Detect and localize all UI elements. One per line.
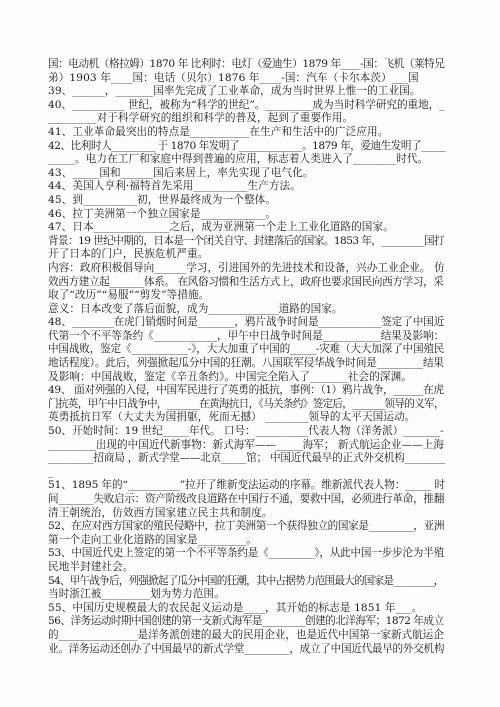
text-line: 及影响：中国战败，鉴定《辛丑条约》。中国完全陷入了_______社会的深渊。 bbox=[48, 371, 442, 385]
document-body: 国：电动机（格拉姆）1870 年 比利时：电灯（爱迪生）1879 年____-国… bbox=[48, 58, 442, 656]
text-line: 取了“改历”“易服”“剪发”等措施。 bbox=[48, 289, 442, 303]
text-line: 54、甲午战争后，列强掀起了瓜分中国的狂潮，其中占据势力范围最大的国家是____… bbox=[48, 575, 442, 589]
text-line: 业。洋务运动还创办了中国最早的新式学堂_________，成立了中国近代最早的外… bbox=[48, 643, 442, 657]
text-line: 内容：政府积极倡导向______学习，引进国外的先进技术和设备，兴办工业企业。 … bbox=[48, 262, 442, 276]
text-line: 间_______失败启示：资产阶级改良道路在中国行不通，要救中国，必须进行革命，… bbox=[48, 493, 442, 507]
text-line: 门抗英，甲午中日战争中，_______在黄海抗日，《马关条约》签定后，_____… bbox=[48, 398, 442, 412]
text-line: 地话程度）。此后，列强掀起瓜分中国的狂潮。八国联军侵华战争时间是________… bbox=[48, 357, 442, 371]
text-line: 开了日本的门户，民族危机严重。 bbox=[48, 248, 442, 262]
text-line: 45、到__________初，世界最终成为一个整体。 bbox=[48, 194, 442, 208]
text-line: 39、______，_______国率先完成了工业革命，成为当时世界上惟一的工业… bbox=[48, 85, 442, 99]
document-page: 国：电动机（格拉姆）1870 年 比利时：电灯（爱迪生）1879 年____-国… bbox=[0, 0, 500, 707]
text-line: 国：电动机（格拉姆）1870 年 比利时：电灯（爱迪生）1879 年____-国… bbox=[48, 58, 442, 72]
text-line: 中国战败，鉴定《___________-》，大大加重了中国的_____-灾难（大… bbox=[48, 343, 442, 357]
text-line: _ bbox=[48, 466, 442, 480]
text-line: 41、工业革命最突出的特点是___________在生产和生活中的广泛应用。 bbox=[48, 126, 442, 140]
text-line: 55、中国历史规模最大的农民起义运动是____，其开始的标志是 1851 年__… bbox=[48, 602, 442, 616]
text-line: 50、开始时间：19 世纪_____年代。 口号：__________代表人物（… bbox=[48, 425, 442, 439]
text-line: 46、拉丁美洲第一个独立国家是____________。 bbox=[48, 208, 442, 222]
text-line: 43、_____国和______国后来居上，率先实现了电气化。 bbox=[48, 167, 442, 181]
text-line: 第一个走向工业化道路的国家是_________。 bbox=[48, 534, 442, 548]
text-line: 47、日本______________之后，成为亚洲第一个走上工业化道路的国家。 bbox=[48, 221, 442, 235]
text-line: _________对于科学研究的组织和科学的普及，起到了重要作用。 bbox=[48, 112, 442, 126]
text-line: 效西方建立起_______体系。 在风俗习惯和生活方式上，政府也要求国民向西方学… bbox=[48, 276, 442, 290]
text-line: 49、 面对列强的入侵，中国军民进行了英勇的抵抗，事例：（1）鸦片战争，____… bbox=[48, 384, 442, 398]
text-line: 53、中国近代史上签定的第一个不平等条约是《_________》，从此中国一步步… bbox=[48, 547, 442, 561]
text-line: 代第一个不平等条约《____________，甲午中日战争时间是________… bbox=[48, 330, 442, 344]
text-line: 清王朝统治，仿效西方国家建立民主共和制度。 bbox=[48, 507, 442, 521]
text-line: _____。电力在工厂和家庭中得到普遍的应用，标志着人类进入了________时… bbox=[48, 153, 442, 167]
text-line: 52、在应对西方国家的殖民侵略中，拉丁美洲第一个获得独立的国家是________… bbox=[48, 520, 442, 534]
text-line: 英勇抵抗日军（大丈夫为国捐躯，死而无撼） ________领导的太平天国运动。 bbox=[48, 411, 442, 425]
text-line: 背景：19 世纪中期的，日本是一个闭关自守、封建落后的国家。1853 年，___… bbox=[48, 235, 442, 249]
text-line: _________招商局 ，新式学堂——北京_____馆； 中国近代最早的正式外… bbox=[48, 452, 442, 466]
text-line: 48、________在虎门销烟时间是_______，鸦片战争时间是______… bbox=[48, 316, 442, 330]
text-line: 40、__________ 世纪，被称为“科学的世纪”。_________成为当… bbox=[48, 99, 442, 113]
text-line: 意义：日本改变了落后面貌，成为_____________道路的国家。 bbox=[48, 303, 442, 317]
text-line: 56、洋务运动时期中国创建的第一支新式海军是_________创建的北洋海军；1… bbox=[48, 615, 442, 629]
text-line: 42、比利时人_________ 于 1870 年发明了____________… bbox=[48, 140, 442, 154]
text-line: 弟）1903 年____国：电话（贝尔）1876 年____-国：汽车（卡尔本茨… bbox=[48, 72, 442, 86]
text-line: _________出现的中国近代新事物：新式海军——_____海军； 新式航运企… bbox=[48, 439, 442, 453]
text-line: 的_______________是洋务派创建的最大的民用企业，也是近代中国第一家… bbox=[48, 629, 442, 643]
text-line: 51、1895 年的“__________”拉开了维新变法运动的序幕。维新派代表… bbox=[48, 479, 442, 493]
text-line: 44、美国人亨利·福特首先采用__________生产方法。 bbox=[48, 180, 442, 194]
text-line: 当时浙江被_________划为势力范围。 bbox=[48, 588, 442, 602]
text-line: 民地半封建社会。 bbox=[48, 561, 442, 575]
